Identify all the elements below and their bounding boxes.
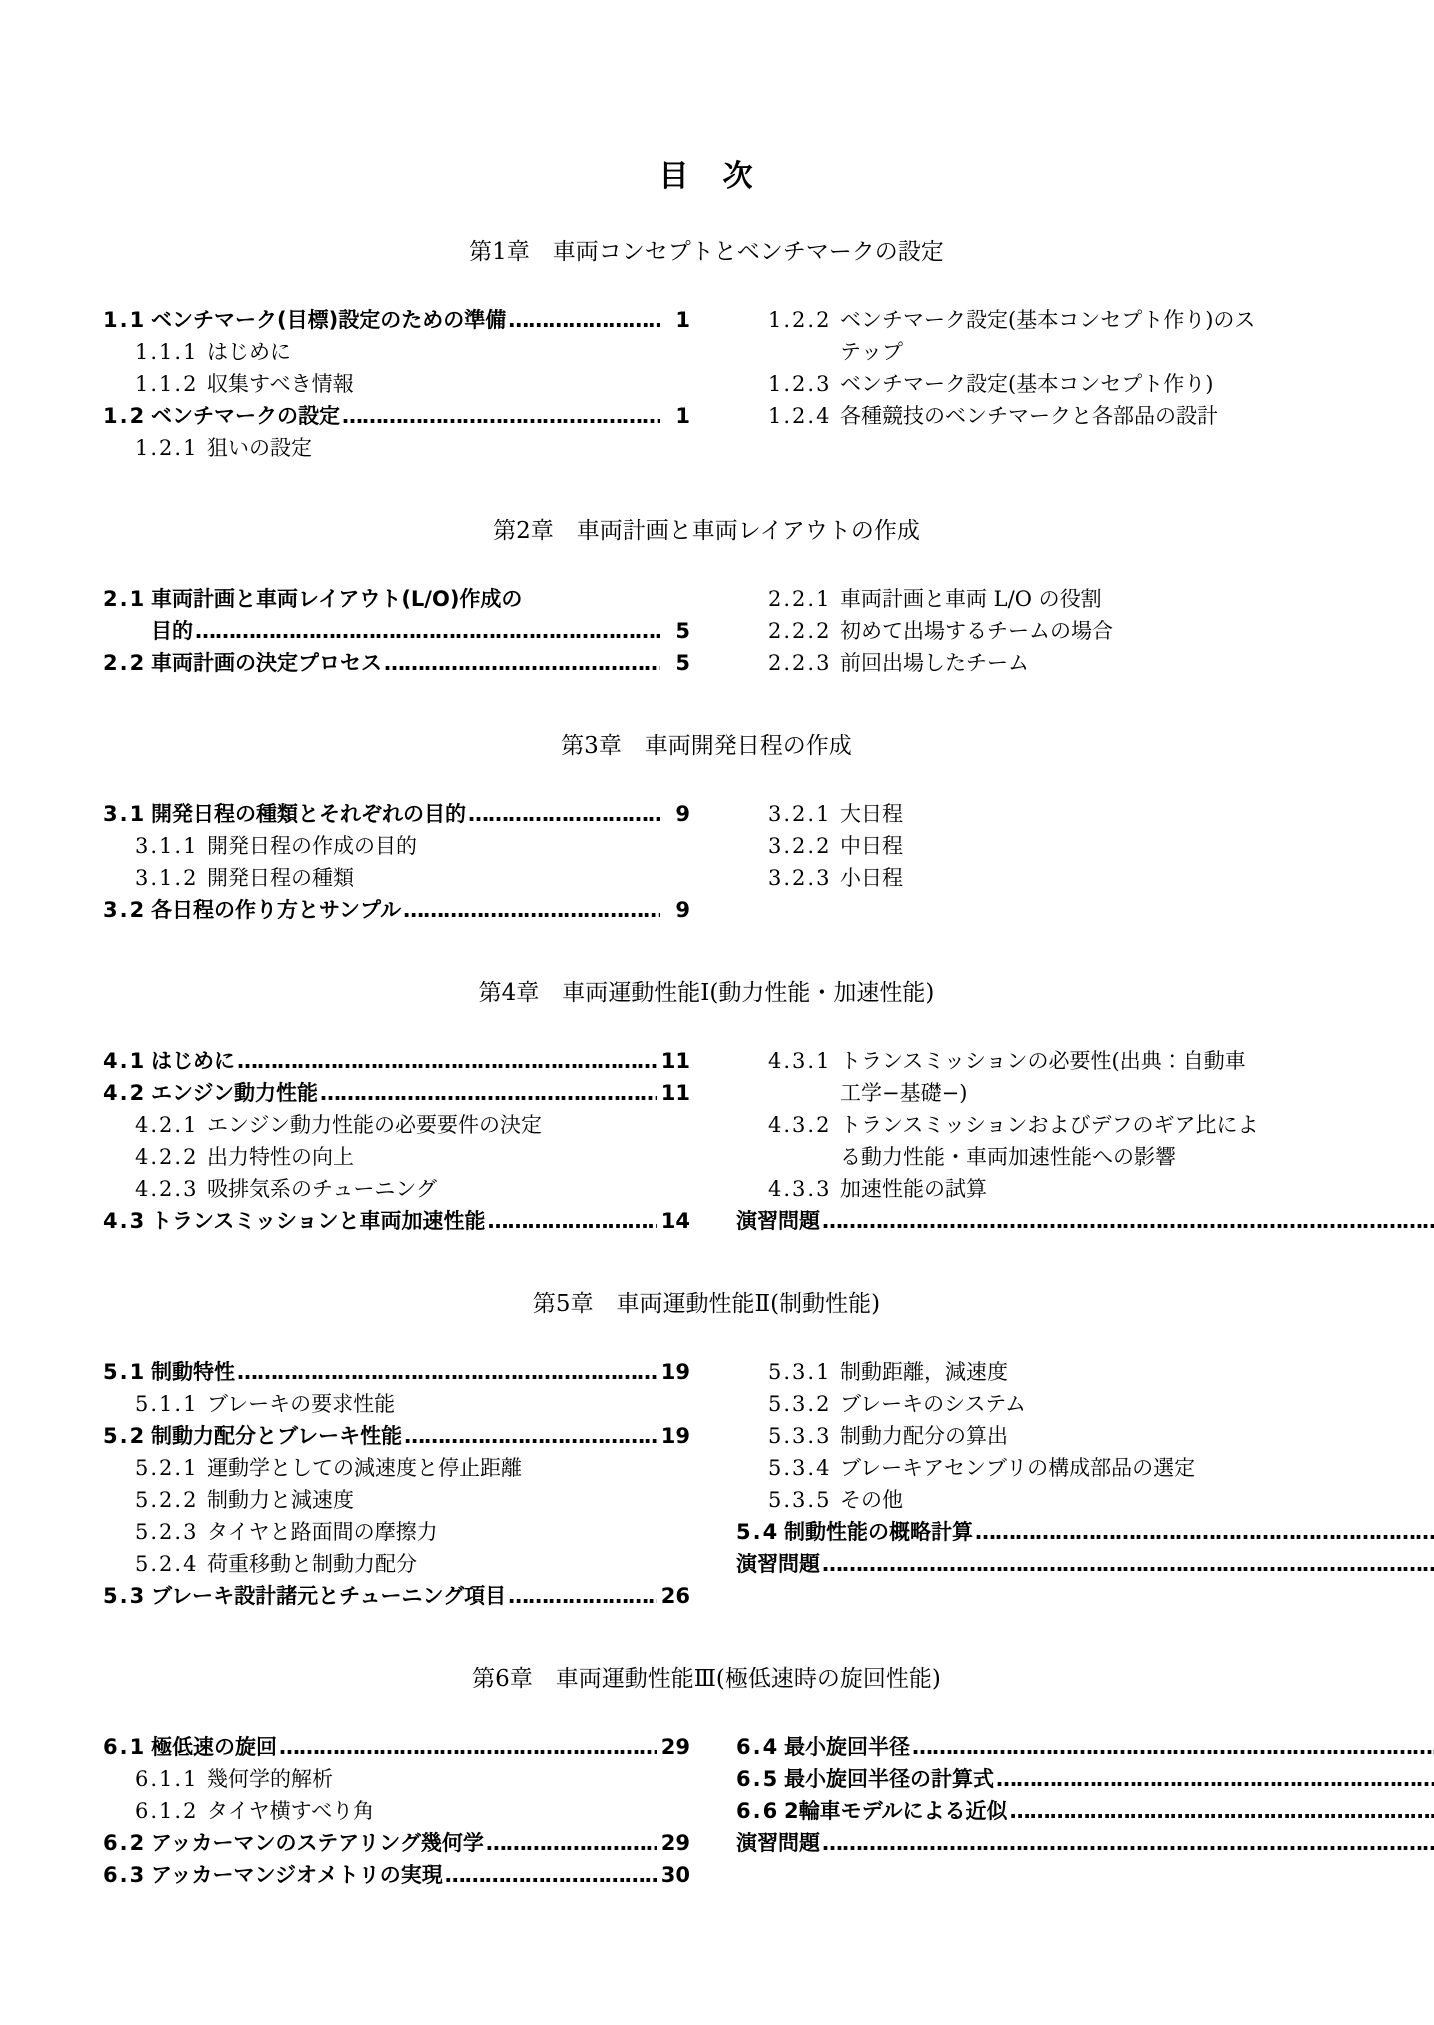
entry-number: 4.2.2 [135, 1141, 207, 1173]
dot-leader: …………………………………………………………………………………………………………… [508, 1580, 657, 1612]
toc-page: 目 次 第1章 車両コンセプトとベンチマークの設定1.1ベンチマーク(目標)設定… [0, 0, 1434, 2025]
entry-number: 6.4 [736, 1731, 784, 1763]
toc-entry: 5.3.4ブレーキアセンブリの構成部品の選定 [736, 1452, 1434, 1484]
entry-page-number: 5 [664, 647, 690, 679]
toc-column-left: 3.1開発日程の種類とそれぞれの目的…………………………………………………………… [103, 798, 690, 926]
entry-number: 1.2 [103, 400, 151, 432]
toc-entry: 4.3.1トランスミッションの必要性(出典：自動車 [736, 1045, 1434, 1077]
toc-entry: 5.3.1制動距離，減速度 [736, 1356, 1434, 1388]
dot-leader: …………………………………………………………………………………………………………… [486, 1827, 657, 1859]
entry-number: 6.3 [103, 1859, 151, 1891]
dot-leader: …………………………………………………………………………………………………………… [822, 1548, 1434, 1580]
toc-columns: 3.1開発日程の種類とそれぞれの目的…………………………………………………………… [103, 798, 1310, 926]
toc-entry: 3.2.1大日程 [736, 798, 1310, 830]
entry-title: 制動距離，減速度 [840, 1356, 1008, 1388]
toc-column-left: 6.1極低速の旋回…………………………………………………………………………………… [103, 1731, 690, 1891]
toc-column-right: 2.2.1車両計画と車両 L/O の役割2.2.2初めて出場するチームの場合2.… [736, 583, 1310, 679]
toc-entry: 2.2.3前回出場したチーム [736, 647, 1310, 679]
entry-title: エンジン動力性能 [151, 1077, 318, 1109]
entry-number: 1.1.2 [135, 368, 207, 400]
toc-entry: 1.2ベンチマークの設定…………………………………………………………………………… [103, 400, 690, 432]
entry-number: 6.1 [103, 1731, 151, 1763]
toc-entry: 4.3トランスミッションと車両加速性能………………………………………………………… [103, 1205, 690, 1237]
entry-number: 1.2.3 [768, 368, 840, 400]
entry-number: 4.3.2 [768, 1109, 840, 1141]
toc-entry: 4.2.1エンジン動力性能の必要要件の決定 [103, 1109, 690, 1141]
toc-entry: 3.2.3小日程 [736, 862, 1310, 894]
toc-entry: 6.1.2タイヤ横すべり角 [103, 1795, 690, 1827]
toc-entry: 1.2.3ベンチマーク設定(基本コンセプト作り) [736, 368, 1310, 400]
toc-entry: 4.2.3吸排気系のチューニング [103, 1173, 690, 1205]
dot-leader: …………………………………………………………………………………………………………… [445, 1859, 657, 1891]
toc-entry: 目的……………………………………………………………………………………………………… [103, 615, 690, 647]
toc-entry: る動力性能・車両加速性能への影響 [736, 1141, 1434, 1173]
entry-page-number: 30 [661, 1859, 690, 1891]
entry-number: 5.3.5 [768, 1484, 840, 1516]
entry-title: 小日程 [840, 862, 903, 894]
toc-entry: 4.1はじめに………………………………………………………………………………………… [103, 1045, 690, 1077]
entry-title: 2輪車モデルによる近似 [784, 1795, 1008, 1827]
entry-number: 6.1.2 [135, 1795, 207, 1827]
entry-title: 初めて出場するチームの場合 [840, 615, 1113, 647]
page-title: 目 次 [103, 162, 1310, 192]
entry-number: 1.2.1 [135, 432, 207, 464]
chapter-heading: 第1章 車両コンセプトとベンチマークの設定 [103, 237, 1310, 268]
dot-leader: …………………………………………………………………………………………………………… [404, 1420, 657, 1452]
toc-entry: 3.1開発日程の種類とそれぞれの目的…………………………………………………………… [103, 798, 690, 830]
entry-title: 演習問題 [736, 1548, 820, 1580]
toc-entry: 1.1.1はじめに [103, 336, 690, 368]
toc-entry: 5.2.2制動力と減速度 [103, 1484, 690, 1516]
entry-page-number: 9 [664, 798, 690, 830]
toc-entry: 5.2.3タイヤと路面間の摩擦力 [103, 1516, 690, 1548]
entry-page-number: 19 [661, 1356, 690, 1388]
toc-entry: 5.3.5その他 [736, 1484, 1434, 1516]
toc-entry: 3.1.1開発日程の作成の目的 [103, 830, 690, 862]
toc-entry: 5.1.1ブレーキの要求性能 [103, 1388, 690, 1420]
entry-title: 工学−基礎−) [840, 1077, 967, 1109]
entry-number: 5.3.4 [768, 1452, 840, 1484]
entry-title: ブレーキ設計諸元とチューニング項目 [151, 1580, 506, 1612]
toc-entry: 5.3.2ブレーキのシステム [736, 1388, 1434, 1420]
chapter: 第4章 車両運動性能Ⅰ(動力性能・加速性能)4.1はじめに……………………………… [103, 978, 1310, 1237]
entry-title: 各種競技のベンチマークと各部品の設計 [840, 400, 1218, 432]
dot-leader: …………………………………………………………………………………………………………… [342, 400, 660, 432]
entry-page-number: 29 [661, 1827, 690, 1859]
dot-leader: …………………………………………………………………………………………………………… [384, 647, 660, 679]
entry-title: テップ [840, 336, 903, 368]
toc-chapters: 第1章 車両コンセプトとベンチマークの設定1.1ベンチマーク(目標)設定のための… [103, 237, 1310, 1891]
entry-title: 幾何学的解析 [207, 1763, 333, 1795]
entry-number: 5.2.2 [135, 1484, 207, 1516]
entry-number: 6.1.1 [135, 1763, 207, 1795]
toc-column-right: 1.2.2ベンチマーク設定(基本コンセプト作り)のステップ1.2.3ベンチマーク… [736, 304, 1310, 464]
toc-entry: 3.2各日程の作り方とサンプル…………………………………………………………………… [103, 894, 690, 926]
dot-leader: …………………………………………………………………………………………………………… [508, 304, 660, 336]
toc-entry: 6.4最小旋回半径…………………………………………………………………………………… [736, 1731, 1434, 1763]
toc-entry: 1.2.4各種競技のベンチマークと各部品の設計 [736, 400, 1310, 432]
dot-leader: …………………………………………………………………………………………………………… [237, 1045, 657, 1077]
entry-number: 1.1 [103, 304, 151, 336]
entry-title: 極低速の旋回 [151, 1731, 277, 1763]
entry-number: 5.2.4 [135, 1548, 207, 1580]
toc-entry: 5.1制動特性………………………………………………………………………………………… [103, 1356, 690, 1388]
entry-number: 4.2 [103, 1077, 151, 1109]
entry-number: 6.5 [736, 1763, 784, 1795]
chapter-heading: 第3章 車両開発日程の作成 [103, 731, 1310, 762]
entry-number: 5.2.3 [135, 1516, 207, 1548]
chapter-heading: 第2章 車両計画と車両レイアウトの作成 [103, 516, 1310, 547]
toc-entry: 演習問題………………………………………………………………………………………………… [736, 1205, 1434, 1237]
toc-entry: 6.1.1幾何学的解析 [103, 1763, 690, 1795]
chapter: 第5章 車両運動性能Ⅱ(制動性能)5.1制動特性…………………………………………… [103, 1289, 1310, 1612]
entry-number: 3.1 [103, 798, 151, 830]
entry-title: はじめに [207, 336, 291, 368]
entry-title: はじめに [151, 1045, 235, 1077]
entry-page-number: 5 [664, 615, 690, 647]
toc-entry: 工学−基礎−) [736, 1077, 1434, 1109]
entry-number: 4.2.1 [135, 1109, 207, 1141]
entry-title: 吸排気系のチューニング [207, 1173, 437, 1205]
dot-leader: …………………………………………………………………………………………………………… [468, 798, 660, 830]
entry-title: 運動学としての減速度と停止距離 [207, 1452, 522, 1484]
entry-title: ベンチマーク(目標)設定のための準備 [151, 304, 506, 336]
entry-title: 収集すべき情報 [207, 368, 354, 400]
toc-entry: 6.1極低速の旋回…………………………………………………………………………………… [103, 1731, 690, 1763]
toc-entry: 6.2アッカーマンのステアリング幾何学………………………………………………………… [103, 1827, 690, 1859]
toc-columns: 4.1はじめに………………………………………………………………………………………… [103, 1045, 1310, 1237]
toc-entry: 4.2エンジン動力性能……………………………………………………………………………… [103, 1077, 690, 1109]
dot-leader: …………………………………………………………………………………………………………… [403, 894, 660, 926]
entry-page-number: 11 [661, 1045, 690, 1077]
dot-leader: …………………………………………………………………………………………………………… [320, 1077, 657, 1109]
entry-title: 演習問題 [736, 1205, 820, 1237]
entry-title: ブレーキの要求性能 [207, 1388, 395, 1420]
entry-title: タイヤ横すべり角 [207, 1795, 374, 1827]
toc-entry: 1.1.2収集すべき情報 [103, 368, 690, 400]
entry-title: 車両計画の決定プロセス [151, 647, 382, 679]
toc-column-right: 3.2.1大日程3.2.2中日程3.2.3小日程 [736, 798, 1310, 926]
toc-entry: 演習問題………………………………………………………………………………………………… [736, 1827, 1434, 1859]
entry-title: トランスミッションの必要性(出典：自動車 [840, 1045, 1246, 1077]
toc-column-left: 1.1ベンチマーク(目標)設定のための準備…………………………………………………… [103, 304, 690, 464]
entry-title: 荷重移動と制動力配分 [207, 1548, 417, 1580]
toc-entry: 5.3ブレーキ設計諸元とチューニング項目……………………………………………………… [103, 1580, 690, 1612]
dot-leader: …………………………………………………………………………………………………………… [822, 1205, 1434, 1237]
entry-title: 前回出場したチーム [840, 647, 1029, 679]
dot-leader: …………………………………………………………………………………………………………… [488, 1205, 657, 1237]
toc-entry: 3.2.2中日程 [736, 830, 1310, 862]
entry-number: 2.2.1 [768, 583, 840, 615]
entry-number: 5.3.2 [768, 1388, 840, 1420]
entry-title: 狙いの設定 [207, 432, 312, 464]
toc-entry: 4.3.2トランスミッションおよびデフのギア比によ [736, 1109, 1434, 1141]
entry-number: 3.2.3 [768, 862, 840, 894]
entry-title: ベンチマーク設定(基本コンセプト作り)のス [840, 304, 1255, 336]
chapter-heading: 第6章 車両運動性能Ⅲ(極低速時の旋回性能) [103, 1664, 1310, 1695]
toc-entry: 1.2.2ベンチマーク設定(基本コンセプト作り)のス [736, 304, 1310, 336]
toc-entry: 5.2制動力配分とブレーキ性能…………………………………………………………………… [103, 1420, 690, 1452]
dot-leader: …………………………………………………………………………………………………………… [237, 1356, 657, 1388]
entry-page-number: 29 [661, 1731, 690, 1763]
entry-number: 3.2.1 [768, 798, 840, 830]
toc-entry: 6.62輪車モデルによる近似……………………………………………………………………… [736, 1795, 1434, 1827]
entry-title: タイヤと路面間の摩擦力 [207, 1516, 438, 1548]
dot-leader: …………………………………………………………………………………………………………… [1010, 1795, 1434, 1827]
dot-leader: …………………………………………………………………………………………………………… [912, 1731, 1434, 1763]
entry-number: 5.3.3 [768, 1420, 840, 1452]
toc-entry: 6.3アッカーマンジオメトリの実現……………………………………………………………… [103, 1859, 690, 1891]
entry-page-number: 1 [664, 304, 690, 336]
chapter: 第1章 車両コンセプトとベンチマークの設定1.1ベンチマーク(目標)設定のための… [103, 237, 1310, 464]
toc-entry: 5.2.1運動学としての減速度と停止距離 [103, 1452, 690, 1484]
entry-number: 3.2.2 [768, 830, 840, 862]
chapter-heading: 第4章 車両運動性能Ⅰ(動力性能・加速性能) [103, 978, 1310, 1009]
entry-title: 最小旋回半径 [784, 1731, 910, 1763]
entry-number: 1.1.1 [135, 336, 207, 368]
entry-title: トランスミッションと車両加速性能 [151, 1205, 486, 1237]
entry-page-number: 1 [664, 400, 690, 432]
toc-entry: 2.1車両計画と車両レイアウト(L/O)作成の [103, 583, 690, 615]
entry-number: 5.3.1 [768, 1356, 840, 1388]
entry-title: 中日程 [840, 830, 903, 862]
entry-title: ベンチマーク設定(基本コンセプト作り) [840, 368, 1213, 400]
toc-entry: 4.3.3加速性能の試算 [736, 1173, 1434, 1205]
chapter-heading: 第5章 車両運動性能Ⅱ(制動性能) [103, 1289, 1310, 1320]
entry-number: 4.1 [103, 1045, 151, 1077]
entry-title: 制動特性 [151, 1356, 235, 1388]
entry-number: 2.2 [103, 647, 151, 679]
toc-column-right: 5.3.1制動距離，減速度5.3.2ブレーキのシステム5.3.3制動力配分の算出… [736, 1356, 1434, 1612]
toc-entry: 1.2.1狙いの設定 [103, 432, 690, 464]
entry-title: る動力性能・車両加速性能への影響 [840, 1141, 1176, 1173]
entry-title: 大日程 [840, 798, 903, 830]
entry-title: 制動力配分とブレーキ性能 [151, 1420, 402, 1452]
toc-entry: 6.5最小旋回半径の計算式………………………………………………………………………… [736, 1763, 1434, 1795]
entry-page-number: 19 [661, 1420, 690, 1452]
entry-number: 6.2 [103, 1827, 151, 1859]
entry-title: トランスミッションおよびデフのギア比によ [840, 1109, 1259, 1141]
entry-title: 制動力と減速度 [207, 1484, 354, 1516]
entry-page-number: 11 [661, 1077, 690, 1109]
toc-entry: 1.1ベンチマーク(目標)設定のための準備…………………………………………………… [103, 304, 690, 336]
entry-number: 3.1.2 [135, 862, 207, 894]
entry-title: 加速性能の試算 [840, 1173, 987, 1205]
entry-title: 車両計画と車両 L/O の役割 [840, 583, 1102, 615]
toc-column-left: 5.1制動特性………………………………………………………………………………………… [103, 1356, 690, 1612]
entry-title: 出力特性の向上 [207, 1141, 354, 1173]
entry-number: 2.1 [103, 583, 151, 615]
entry-number: 5.3 [103, 1580, 151, 1612]
entry-number: 4.3.1 [768, 1045, 840, 1077]
entry-title: 開発日程の作成の目的 [207, 830, 417, 862]
entry-title: 開発日程の種類 [207, 862, 354, 894]
toc-entry: 5.4制動性能の概略計算…………………………………………………………………………… [736, 1516, 1434, 1548]
entry-title: ベンチマークの設定 [151, 400, 340, 432]
entry-title: 開発日程の種類とそれぞれの目的 [151, 798, 466, 830]
entry-page-number: 14 [661, 1205, 690, 1237]
entry-number: 4.3 [103, 1205, 151, 1237]
entry-number: 1.2.2 [768, 304, 840, 336]
entry-title: 演習問題 [736, 1827, 820, 1859]
entry-title: 制動性能の概略計算 [784, 1516, 973, 1548]
entry-title: 各日程の作り方とサンプル [151, 894, 401, 926]
entry-number: 2.2.3 [768, 647, 840, 679]
entry-title: アッカーマンジオメトリの実現 [151, 1859, 443, 1891]
entry-number: 3.2 [103, 894, 151, 926]
entry-title: ブレーキアセンブリの構成部品の選定 [840, 1452, 1195, 1484]
entry-title: 制動力配分の算出 [840, 1420, 1008, 1452]
toc-entry: 演習問題………………………………………………………………………………………………… [736, 1548, 1434, 1580]
entry-number: 5.2 [103, 1420, 151, 1452]
entry-number: 5.4 [736, 1516, 784, 1548]
toc-column-left: 4.1はじめに………………………………………………………………………………………… [103, 1045, 690, 1237]
entry-page-number: 9 [664, 894, 690, 926]
toc-entry: 5.3.3制動力配分の算出 [736, 1420, 1434, 1452]
entry-title: 車両計画と車両レイアウト(L/O)作成の [151, 583, 522, 615]
entry-number: 4.3.3 [768, 1173, 840, 1205]
chapter: 第6章 車両運動性能Ⅲ(極低速時の旋回性能)6.1極低速の旋回………………………… [103, 1664, 1310, 1891]
toc-entry: 2.2.2初めて出場するチームの場合 [736, 615, 1310, 647]
dot-leader: …………………………………………………………………………………………………………… [975, 1516, 1434, 1548]
toc-entry: 5.2.4荷重移動と制動力配分 [103, 1548, 690, 1580]
toc-columns: 5.1制動特性………………………………………………………………………………………… [103, 1356, 1310, 1612]
entry-title: その他 [840, 1484, 903, 1516]
toc-entry: 4.2.2出力特性の向上 [103, 1141, 690, 1173]
entry-number: 5.2.1 [135, 1452, 207, 1484]
entry-page-number: 26 [661, 1580, 690, 1612]
entry-number: 5.1 [103, 1356, 151, 1388]
entry-number: 5.1.1 [135, 1388, 207, 1420]
entry-title: エンジン動力性能の必要要件の決定 [207, 1109, 542, 1141]
chapter: 第2章 車両計画と車両レイアウトの作成2.1車両計画と車両レイアウト(L/O)作… [103, 516, 1310, 679]
toc-entry: 2.2.1車両計画と車両 L/O の役割 [736, 583, 1310, 615]
toc-column-left: 2.1車両計画と車両レイアウト(L/O)作成の目的………………………………………… [103, 583, 690, 679]
toc-entry: 3.1.2開発日程の種類 [103, 862, 690, 894]
dot-leader: …………………………………………………………………………………………………………… [822, 1827, 1434, 1859]
toc-entry: 2.2車両計画の決定プロセス……………………………………………………………………… [103, 647, 690, 679]
entry-number: 2.2.2 [768, 615, 840, 647]
toc-columns: 2.1車両計画と車両レイアウト(L/O)作成の目的………………………………………… [103, 583, 1310, 679]
entry-number: 3.1.1 [135, 830, 207, 862]
toc-columns: 6.1極低速の旋回…………………………………………………………………………………… [103, 1731, 1310, 1891]
toc-columns: 1.1ベンチマーク(目標)設定のための準備…………………………………………………… [103, 304, 1310, 464]
toc-column-right: 4.3.1トランスミッションの必要性(出典：自動車工学−基礎−)4.3.2トラン… [736, 1045, 1434, 1237]
entry-number: 4.2.3 [135, 1173, 207, 1205]
chapter: 第3章 車両開発日程の作成3.1開発日程の種類とそれぞれの目的………………………… [103, 731, 1310, 926]
entry-title: 最小旋回半径の計算式 [784, 1763, 994, 1795]
entry-title: 目的 [151, 615, 193, 647]
entry-number: 6.6 [736, 1795, 784, 1827]
dot-leader: …………………………………………………………………………………………………………… [195, 615, 660, 647]
dot-leader: …………………………………………………………………………………………………………… [279, 1731, 657, 1763]
entry-title: アッカーマンのステアリング幾何学 [151, 1827, 484, 1859]
dot-leader: …………………………………………………………………………………………………………… [996, 1763, 1434, 1795]
entry-title: ブレーキのシステム [840, 1388, 1026, 1420]
toc-column-right: 6.4最小旋回半径…………………………………………………………………………………… [736, 1731, 1434, 1891]
toc-entry: テップ [736, 336, 1310, 368]
entry-number: 1.2.4 [768, 400, 840, 432]
